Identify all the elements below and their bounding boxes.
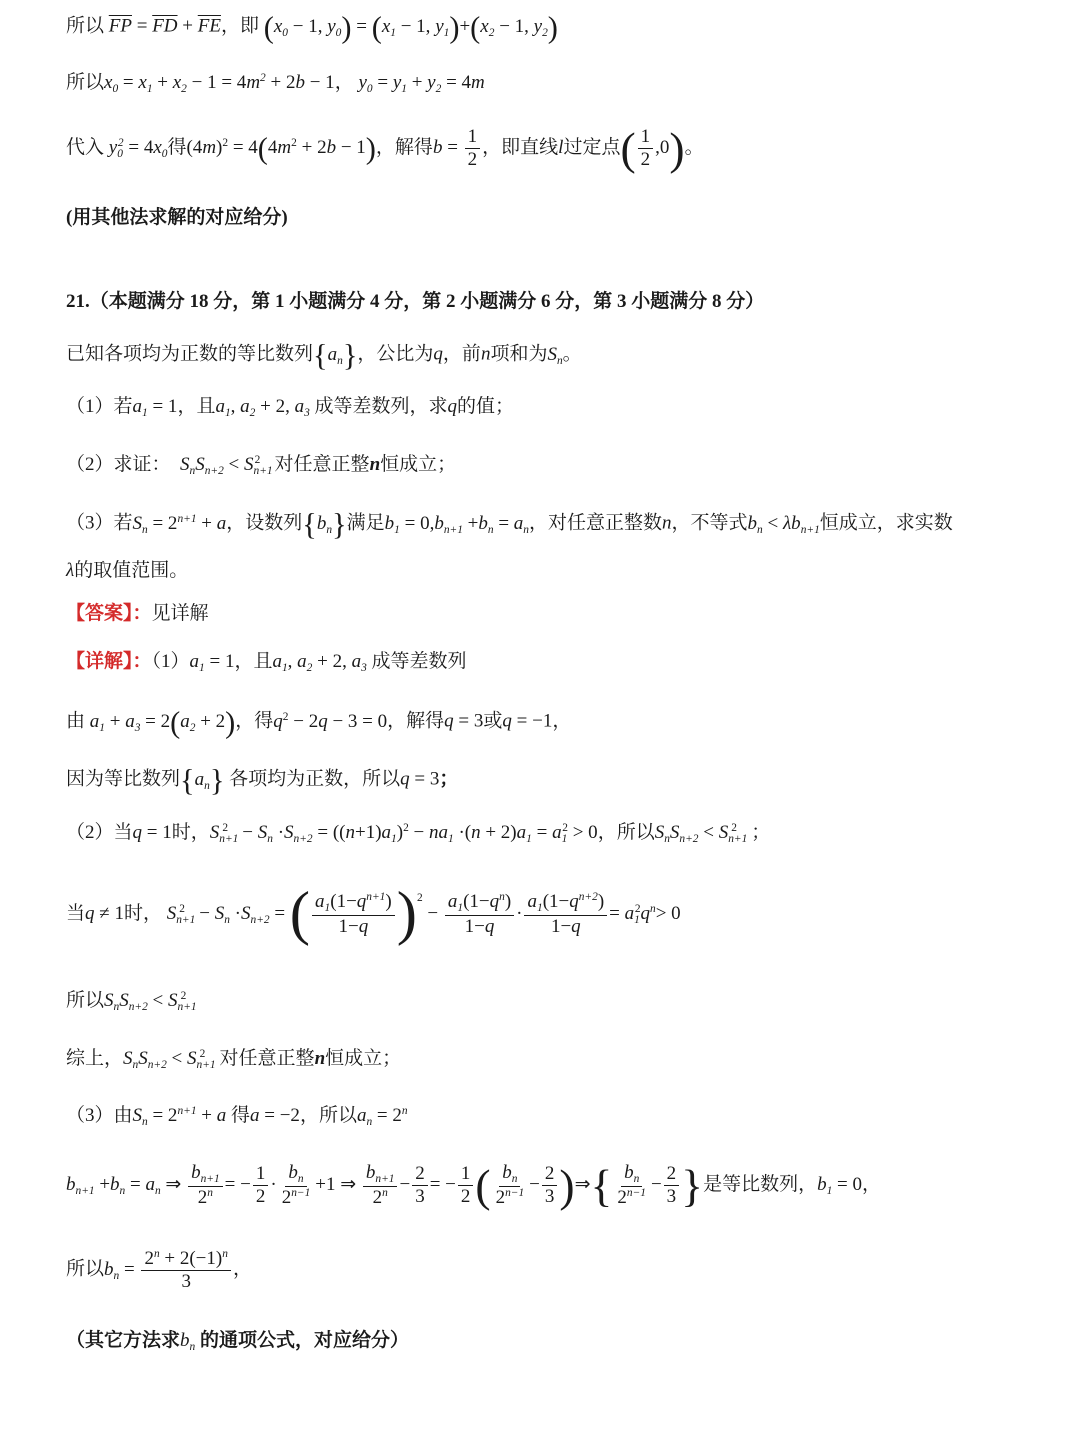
text-cn: 。	[685, 137, 704, 158]
text-cn: 所以	[66, 1259, 104, 1280]
math-expr: Sn = 2n+1 + a	[133, 1105, 227, 1126]
detail-line-7: 综上，SnSn+2 < Sn+12 对任意正整n恒成立；	[66, 1048, 401, 1073]
question-header: 21.（本题满分 18 分，第 1 小题满分 4 分，第 2 小题满分 6 分，…	[66, 291, 764, 314]
text-cn: 项和为	[490, 344, 547, 365]
math-expr: {bn}	[302, 513, 346, 534]
math-expr: {an}	[180, 769, 224, 790]
text-cn: 由	[66, 711, 85, 732]
math-expr: (x0 − 1, y0) = (x1 − 1, y1)+(x2 − 1, y2)	[264, 16, 558, 37]
text-cn: ，	[552, 711, 571, 732]
detail-line-3: 因为等比数列{an} 各项均为正数，所以q = 3；	[66, 765, 458, 795]
text-cn: 已知各项均为正数的等比数列	[66, 344, 313, 365]
text-cn: ，即直线	[482, 137, 558, 158]
text-cn: ，对任意正整数	[529, 513, 662, 534]
text-cn: ；	[439, 769, 458, 790]
text-cn: ，且	[234, 651, 272, 672]
text-cn: 得	[167, 137, 186, 158]
text-cn: 的通项公式，对应给分）	[200, 1330, 409, 1351]
text-cn: ，设数列	[226, 513, 302, 534]
text-cn: 或	[483, 711, 502, 732]
math-var: n	[370, 454, 381, 475]
question-part-3-cont: λ的取值范围。	[66, 560, 188, 583]
detail-line-9: bn+1 +bn = an ⇒ bn+12n= −12·bn2n−1+1 ⇒ b…	[66, 1162, 881, 1209]
text-cn: ，不等式	[672, 513, 748, 534]
text-line-vector-sum: 所以 FP = FD + FE，即 (x0 − 1, y0) = (x1 − 1…	[66, 12, 558, 42]
math-expr: b1 = 0,bn+1 +bn = an	[385, 513, 529, 534]
detail-line-2: 由 a1 + a3 = 2(a2 + 2)，得q2 − 2q − 3 = 0，解…	[66, 707, 571, 737]
detail-tag: 【详解】：	[66, 651, 152, 672]
scoring-note: (用其他法求解的对应给分)	[66, 207, 288, 230]
math-expr: q = −1	[502, 711, 552, 732]
math-expr: an = 2n	[357, 1105, 408, 1126]
text-cn: （3）若	[66, 513, 133, 534]
question-part-2: （2）求证： SnSn+2 < Sn+12 对任意正整n恒成立；	[66, 454, 456, 479]
math-vector: FP	[109, 16, 132, 37]
text-cn: ，	[862, 1174, 881, 1195]
math-expr: Sn = 2n+1 + a	[133, 513, 227, 534]
text-cn: 满足	[347, 513, 385, 534]
answer-tag: 【答案】：	[66, 603, 152, 624]
text-cn: ，所以	[300, 1105, 357, 1126]
math-expr: b = 12	[433, 137, 482, 158]
text-cn: ，解得	[387, 711, 444, 732]
math-expr: q2 − 2q − 3 = 0	[273, 711, 387, 732]
text-cn: （2）当	[66, 822, 133, 843]
text-cn: 代入	[66, 137, 104, 158]
text-line-x0-y0: 所以x0 = x1 + x2 − 1 = 4m2 + 2b − 1， y0 = …	[66, 72, 485, 97]
math-var: n	[315, 1048, 326, 1069]
text-cn: （3）由	[66, 1105, 133, 1126]
text-cn: ，	[233, 1259, 252, 1280]
math-expr: SnSn+2 < Sn+12	[104, 990, 186, 1011]
math-expr: a = −2	[250, 1105, 300, 1126]
math-vector: FE	[198, 16, 221, 37]
math-expr: q ≠ 1	[85, 903, 124, 924]
text-cn: ，解得	[376, 137, 433, 158]
text-cn: 是等比数列，	[703, 1174, 817, 1195]
text-cn: 对任意正整	[220, 1048, 315, 1069]
text-cn: ，即	[221, 16, 259, 37]
text-cn: 。	[563, 344, 582, 365]
text-cn: （1）	[152, 651, 190, 672]
math-expr: Sn+12 − Sn ·Sn+2 = ((n+1)a1)2 − na1 ·(n …	[210, 822, 598, 843]
text-cn: 恒成立，求实数	[820, 513, 953, 534]
text-cn: 对任意正整	[275, 454, 370, 475]
text-cn: ；	[751, 822, 770, 843]
math-expr: SnSn+2 < Sn+12	[180, 454, 275, 475]
math-expr: bn+1 +bn = an ⇒ bn+12n= −12·bn2n−1+1 ⇒ b…	[66, 1174, 703, 1195]
text-line-substitute: 代入 y02 = 4x0得(4m)2 = 4(4m2 + 2b − 1)，解得b…	[66, 126, 704, 172]
text-cn: 因为等比数列	[66, 769, 180, 790]
math-expr: x0 = x1 + x2 − 1 = 4m2 + 2b − 1	[104, 72, 335, 93]
math-expr: q = 3	[444, 711, 483, 732]
text-cn: （其它方法求	[66, 1330, 180, 1351]
math-var: n	[481, 344, 491, 365]
math-expr: a1, a2 + 2, a3	[215, 396, 309, 417]
math-expr: y02 = 4x0	[109, 137, 168, 158]
text-cn: 得	[231, 1105, 250, 1126]
question-intro: 已知各项均为正数的等比数列{an}，公比为q，前n项和为Sn。	[66, 340, 582, 370]
text-cn: （1）若	[66, 396, 133, 417]
text-cn: ，	[335, 72, 354, 93]
text-cn: 过定点	[563, 137, 620, 158]
math-vector: FD	[152, 16, 177, 37]
text-cn: ，且	[177, 396, 215, 417]
math-var: q	[433, 344, 443, 365]
math-expr: (4m)2 = 4(4m2 + 2b − 1)	[186, 137, 375, 158]
text-cn: 成等差数列	[372, 651, 467, 672]
math-var: q	[448, 396, 458, 417]
detail-line-8: （3）由Sn = 2n+1 + a 得a = −2，所以an = 2n	[66, 1105, 408, 1130]
detail-line-5: 当q ≠ 1时， Sn+12 − Sn ·Sn+2 = (a1(1−qn+1)1…	[66, 884, 681, 945]
text-cn: 的取值范围。	[74, 560, 188, 581]
math-expr: q = 3	[400, 769, 439, 790]
text-cn: 成等差数列，求	[315, 396, 448, 417]
math-expr: SnSn+2 < Sn+12	[655, 822, 752, 843]
scoring-note-2: （其它方法求bn 的通项公式，对应给分）	[66, 1330, 409, 1355]
detail-line-1: 【详解】：（1）a1 = 1，且a1, a2 + 2, a3 成等差数列	[66, 651, 467, 676]
text-cn: 综上，	[66, 1048, 123, 1069]
math-var: bn	[180, 1330, 195, 1351]
answer-line: 【答案】：见详解	[66, 603, 209, 626]
text-cn: 时，	[124, 903, 162, 924]
text-cn: 各项均为正数，所以	[229, 769, 400, 790]
math-var: Sn	[547, 344, 562, 365]
math-expr: b1 = 0	[817, 1174, 862, 1195]
math-var: λ	[66, 560, 74, 581]
question-part-1: （1）若a1 = 1，且a1, a2 + 2, a3 成等差数列，求q的值；	[66, 396, 514, 421]
text-cn: 的值；	[457, 396, 514, 417]
math-expr: Sn+12 − Sn ·Sn+2 = (a1(1−qn+1)1−q)2 − a1…	[167, 903, 681, 924]
text-cn: ，前	[443, 344, 481, 365]
math-var: n	[662, 513, 672, 534]
text-cn: ，公比为	[357, 344, 433, 365]
math-expr: y0 = y1 + y2 = 4m	[358, 72, 484, 93]
text-cn: 所以	[66, 990, 104, 1011]
text-cn: 时，	[172, 822, 210, 843]
detail-line-4: （2）当q = 1时，Sn+12 − Sn ·Sn+2 = ((n+1)a1)2…	[66, 822, 770, 847]
text-cn: 所以	[66, 72, 104, 93]
math-expr: SnSn+2 < Sn+12	[123, 1048, 220, 1069]
math-expr: a1 = 1	[190, 651, 235, 672]
math-expr: {an}	[313, 344, 357, 365]
math-expr: bn = 2n + 2(−1)n3	[104, 1259, 233, 1280]
math-expr: bn < λbn+1	[748, 513, 820, 534]
question-part-3: （3）若Sn = 2n+1 + a，设数列{bn}满足b1 = 0,bn+1 +…	[66, 509, 953, 539]
math-expr: a1 = 1	[133, 396, 178, 417]
detail-line-6: 所以SnSn+2 < Sn+12	[66, 990, 186, 1015]
math-expr: a1, a2 + 2, a3	[272, 651, 366, 672]
text-cn: 恒成立；	[380, 454, 456, 475]
text-cn: 当	[66, 903, 85, 924]
text-cn: （2）求证：	[66, 454, 171, 475]
text-cn: ，得	[235, 711, 273, 732]
answer-text: 见详解	[152, 603, 209, 624]
math-expr: q = 1	[133, 822, 172, 843]
math-expr: a1 + a3 = 2(a2 + 2)	[90, 711, 236, 732]
text-cn: 所以	[66, 16, 104, 37]
text-cn: 恒成立；	[325, 1048, 401, 1069]
text-cn: ，所以	[598, 822, 655, 843]
detail-line-10: 所以bn = 2n + 2(−1)n3，	[66, 1248, 252, 1293]
